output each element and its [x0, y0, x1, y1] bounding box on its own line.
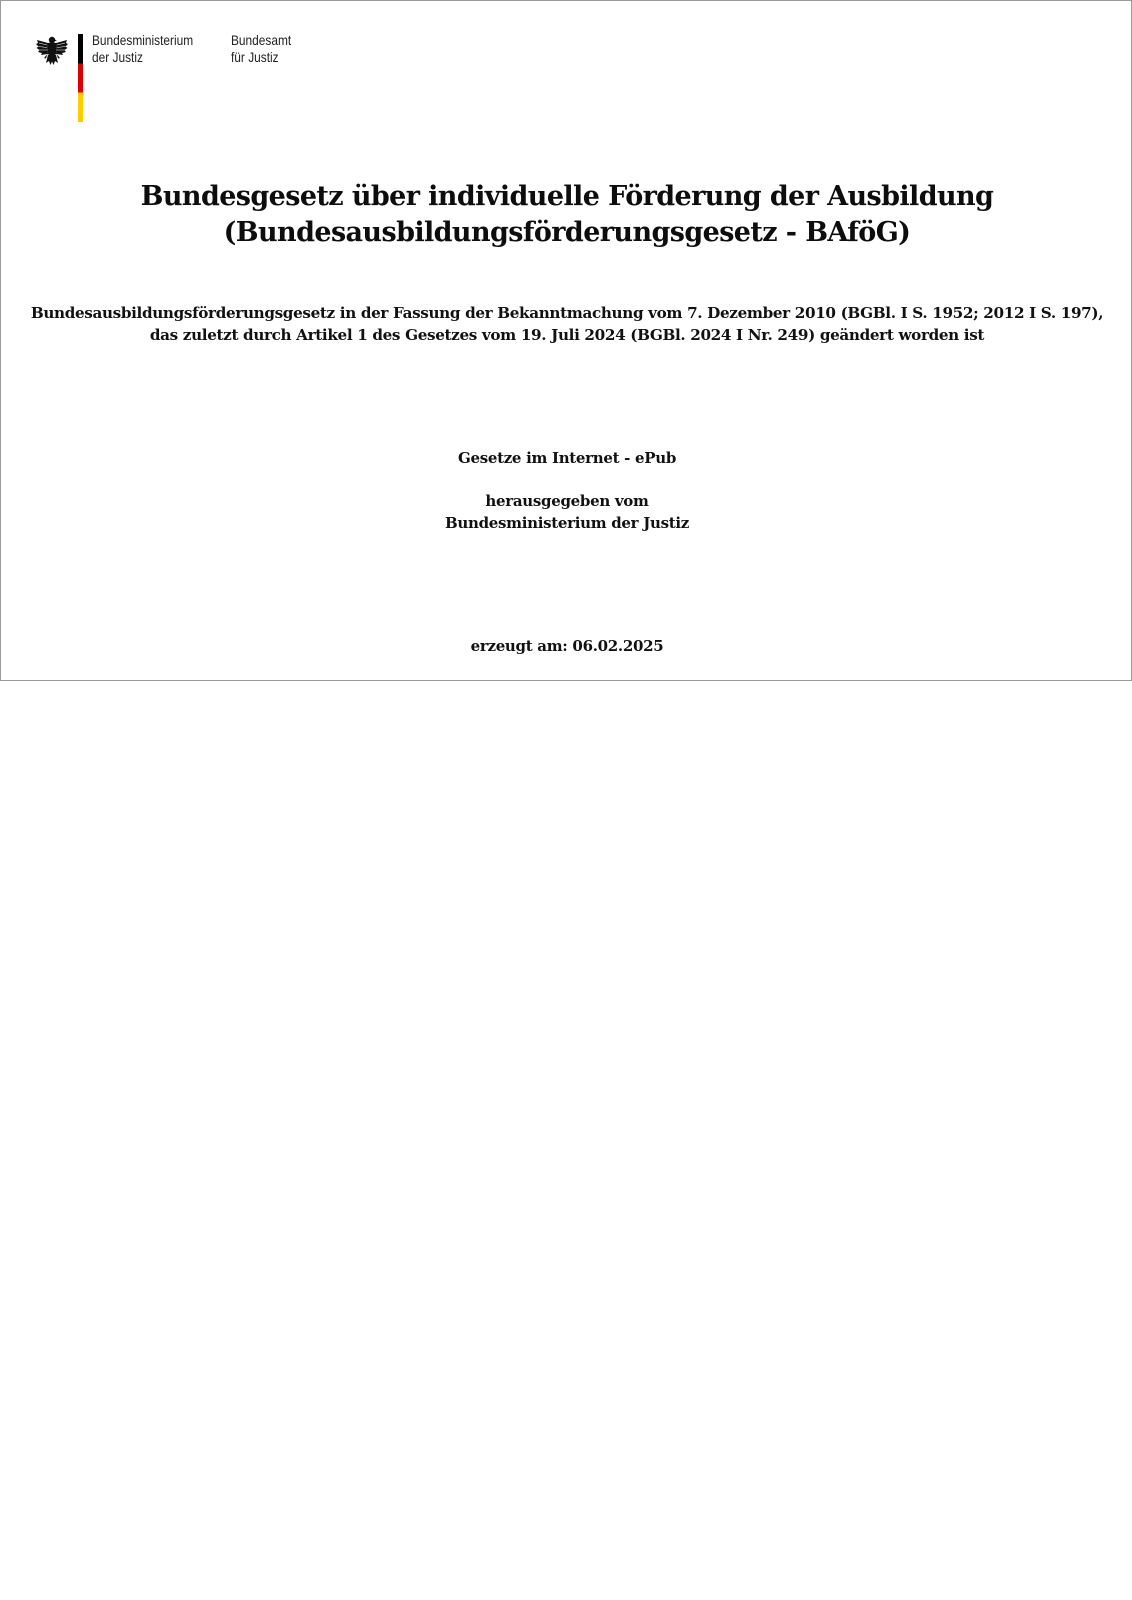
office-name: Bundesamt für Justiz [231, 32, 291, 66]
generated-date: erzeugt am: 06.02.2025 [1, 635, 1132, 657]
title-line: Bundesgesetz über individuelle Förderung… [1, 179, 1132, 215]
german-flag-bar [78, 34, 83, 122]
publisher-info: herausgegeben vom Bundesministerium der … [1, 490, 1132, 534]
title-line: (Bundesausbildungsförderungsgesetz - BAf… [1, 215, 1132, 251]
document-subtitle: Bundesausbildungsförderungsgesetz in der… [15, 302, 1119, 346]
federal-eagle-icon [35, 34, 69, 68]
document-title: Bundesgesetz über individuelle Förderung… [1, 179, 1132, 251]
ministry-logo: Bundesministerium der Justiz Bundesamt f… [35, 32, 315, 124]
ministry-name: Bundesministerium der Justiz [92, 32, 193, 66]
document-page: Bundesministerium der Justiz Bundesamt f… [0, 0, 1132, 681]
source-label: Gesetze im Internet - ePub [1, 447, 1132, 469]
